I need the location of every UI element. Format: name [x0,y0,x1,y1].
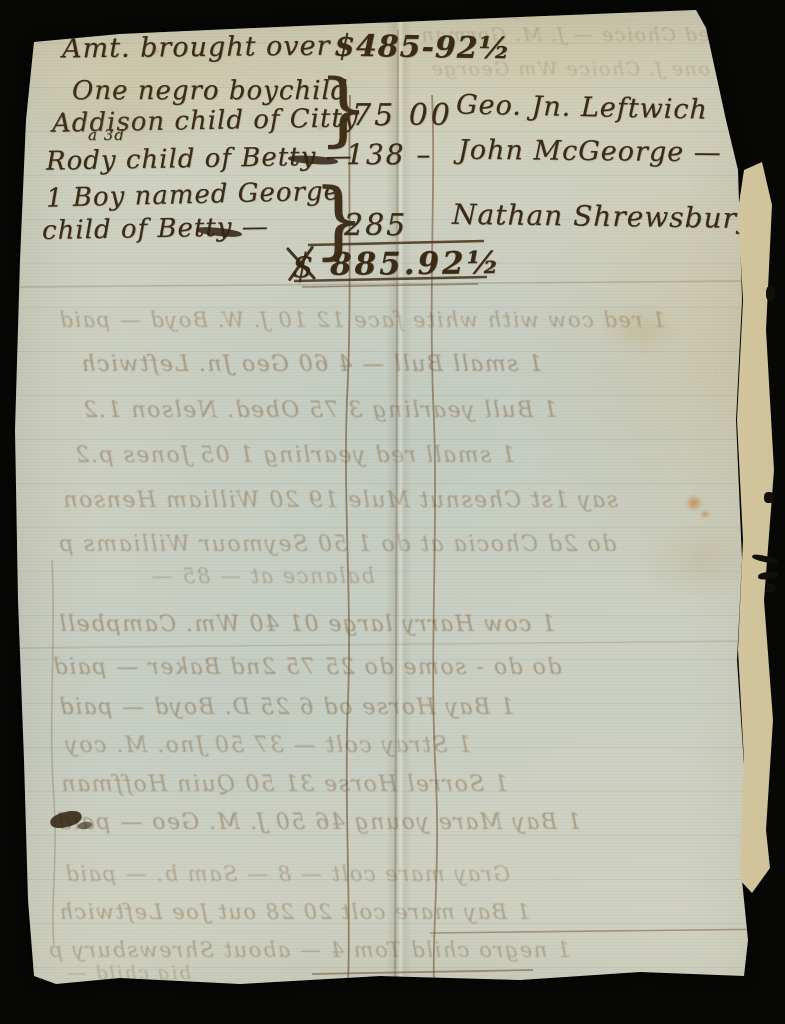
ink-rules-svg [0,0,785,1024]
bleed-total-overline [312,970,533,974]
entry-brace: } [318,62,370,155]
bleedthrough-line: do 2d Chocia at do 1 50 Seymour Williams… [58,532,616,557]
bleedthrough-line: 1 small Bull — 4 60 Geo Jn. Leftwich [80,352,542,377]
edge-speck [766,286,775,301]
ledger-entry-amount: 285 [344,208,407,243]
entry-brace: } [312,170,366,268]
bleedthrough-line: say 1st Chesnut Mule 19 20 William Henso… [62,488,618,513]
edge-speck [764,492,774,503]
horizontal-crease-lower [20,641,742,648]
margin-rule-bleed [52,560,55,945]
column-rule-right [432,95,437,985]
ledger-entry-purchaser: Geo. Jn. Leftwich [456,89,708,125]
bleedthrough-line: 1 negro child Tom 4 — about Shrewsbury p [48,938,570,962]
ledger-entry-item: child of Betty — [42,212,269,246]
bleedthrough-line: 1 red cow with white face 12 10 J. W. Bo… [58,308,665,332]
ledger-entry-item: Rody child of Betty — [46,141,353,176]
ledger-entry-item: One negro boychild [72,76,348,106]
ledger-line-brought-over-amount: $485-92½ [334,28,512,66]
rust-stain [700,510,710,518]
ink-blot [49,808,84,830]
bleedthrough-line: 1 small red yearling 1 05 Jones p.2 [74,443,515,468]
rust-stain [152,48,160,55]
bleedthrough-line: Gray mare colt — 8 — Sam b. — paid [64,862,510,886]
rust-stain [316,124,324,131]
bleedthrough-line: 1 Sorrel Horse 31 50 Quin Hoffman [60,772,508,797]
horizontal-crease-upper [20,281,742,287]
bleedthrough-line: 1 Bay Mare young 46 50 J. M. Geo — paid [56,810,581,835]
bleedthrough-line: 1 Bay mare colt 20 28 out Joe Leftwich [58,900,530,924]
bleedthrough-line: 485 92 ½ [360,976,463,998]
total-underline [294,277,487,281]
total-currency-sign: $ [292,246,315,286]
ledger-line-brought-over-label: Amt. brought over [62,31,331,65]
fold-line [395,30,398,985]
ledger-entry-amount: 75 00 [352,98,453,133]
ledger-entry-item: Addison child of Citty [52,103,359,138]
rust-stain [684,496,704,510]
bleedthrough-line: one J. Choice Wm George [430,58,710,80]
total-overline [308,241,484,245]
bleedthrough-line: 1 Bull yearling 3 75 Obed. Nelson 1.2 [82,398,557,423]
ink-strikeout [288,154,338,165]
document-page: Peyton 1808 — Patin PurchasersS. died Ch… [0,0,785,1024]
bleedthrough-line: big child — [66,962,191,984]
total-underline-2 [302,284,478,287]
ledger-entry-purchaser: John McGeorge — [458,135,722,169]
paper-shadow-wrap: Peyton 1808 — Patin PurchasersS. died Ch… [0,0,785,1024]
ink-strikeout [196,226,243,239]
bleedthrough-line: S. died Choice — J. M. Gorman [420,24,760,46]
bleedthrough-line: 1 Stray colt — 37 50 Jno. M. coy [64,733,472,758]
scanned-document: Peyton 1808 — Patin PurchasersS. died Ch… [0,0,785,1024]
ledger-entry-amount: 138 – [346,138,432,171]
ledger-entry-item: 1 Boy named George [46,176,341,213]
ledger-entry-purchaser: Nathan Shrewsbury p [452,198,783,236]
ledger-entry-superscript: a 3d [88,126,125,144]
column-rule-left [346,95,350,985]
bleed-rule-right [430,929,780,933]
bleedthrough-line: Peyton 1808 — Patin Purchasers [170,0,546,20]
ledger-total: 885.92½ [330,245,502,282]
bleedthrough-line: 1 cow Harry large 01 40 Wm. Campbell [58,612,555,637]
currency-strikeout [288,245,315,281]
bleedthrough-line: 1 Bay Horse od 6 25 D. Boyd — paid [58,695,514,720]
currency-strikeout [286,247,316,280]
bleedthrough-line: balance at — 85 — [150,564,375,588]
vertical-fold-crease [386,12,412,980]
bleed-total-underline [340,992,450,995]
bleedthrough-line: do do - some do 25 75 2nd Baker — paid [52,655,561,680]
ink-blot [77,821,92,830]
edge-speck [766,584,776,592]
